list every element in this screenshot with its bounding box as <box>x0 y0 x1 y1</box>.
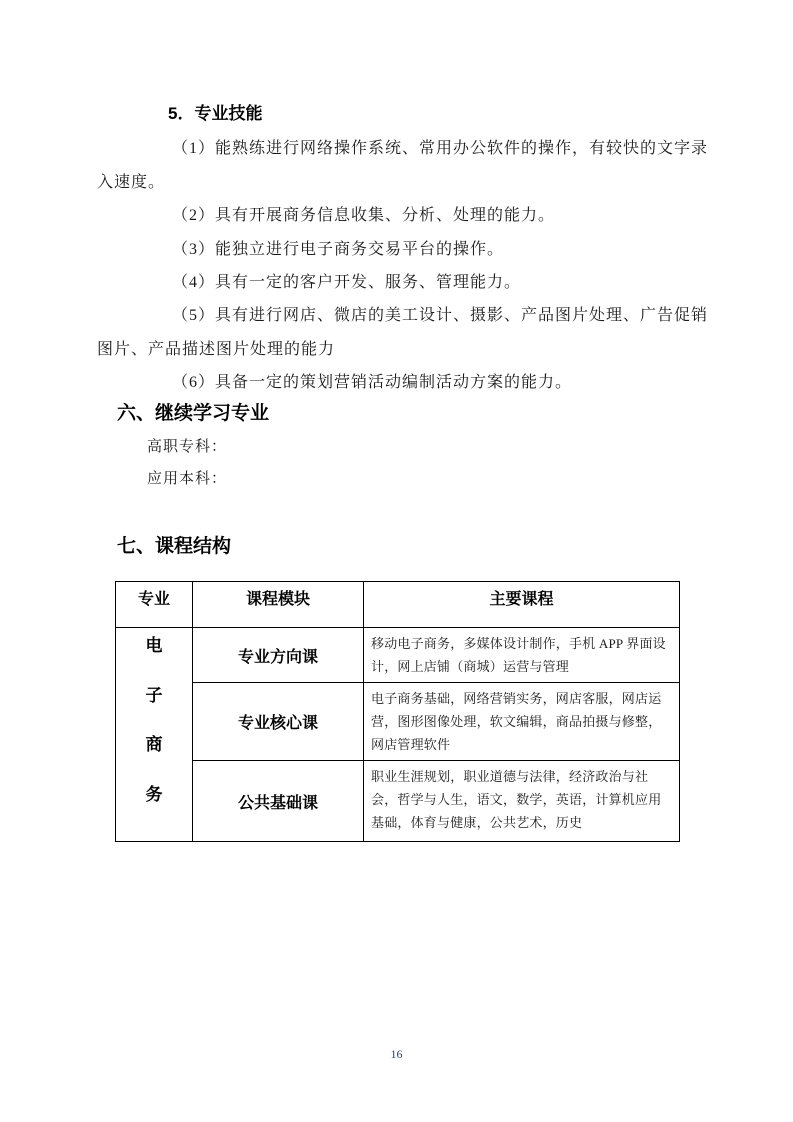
skills-line-6: （6）具备一定的策划营销活动编制活动方案的能力。 <box>172 375 572 391</box>
major-char: 商 <box>146 736 163 753</box>
section-heading-continue-study: 六、继续学习专业 <box>117 404 269 423</box>
section-heading-skills: 5．专业技能 <box>168 105 262 122</box>
continue-study-vocational-line: 高职专科： <box>147 440 227 455</box>
skills-line-2: （2）具有开展商务信息收集、分析、处理的能力。 <box>172 208 555 224</box>
table-row: 公共基础课 职业生涯规划，职业道德与法律，经济政治与社会，哲学与人生，语文，数学… <box>116 761 680 842</box>
major-char: 电 <box>146 637 163 654</box>
skills-line-5: （5）具有进行网店、微店的美工设计、摄影、产品图片处理、广告促销 <box>172 308 708 324</box>
module-cell-public-basic: 公共基础课 <box>193 761 364 842</box>
courses-cell-public-basic: 职业生涯规划，职业道德与法律，经济政治与社会，哲学与人生，语文，数学，英语，计算… <box>364 761 680 842</box>
skills-line-4: （4）具有一定的客户开发、服务、管理能力。 <box>172 275 521 291</box>
courses-cell-core: 电子商务基础，网络营销实务，网店客服，网店运营，图形图像处理，软文编辑，商品拍摄… <box>364 683 680 761</box>
module-cell-core: 专业核心课 <box>193 683 364 761</box>
document-page: 5．专业技能 （1）能熟练进行网络操作系统、常用办公软件的操作，有较快的文字录 … <box>0 0 793 1122</box>
courses-cell-direction: 移动电子商务，多媒体设计制作，手机 APP 界面设计，网上店铺（商城）运营与管理 <box>364 628 680 683</box>
header-main-courses: 主要课程 <box>364 582 680 628</box>
skills-line-1-cont: 入速度。 <box>97 175 165 191</box>
table-header-row: 专业 课程模块 主要课程 <box>116 582 680 628</box>
header-major: 专业 <box>116 582 193 628</box>
section-heading-curriculum: 七、课程结构 <box>117 537 231 556</box>
module-cell-direction: 专业方向课 <box>193 628 364 683</box>
course-structure-table: 专业 课程模块 主要课程 电 子 商 务 专业方向课 移动电子商务，多媒体设计制… <box>115 581 680 842</box>
continue-study-undergraduate-line: 应用本科： <box>147 472 227 487</box>
major-name-vertical: 电 子 商 务 <box>116 628 192 823</box>
major-name-cell: 电 子 商 务 <box>116 628 193 842</box>
skills-line-5-cont: 图片、产品描述图片处理的能力 <box>97 342 335 358</box>
skills-line-1: （1）能熟练进行网络操作系统、常用办公软件的操作，有较快的文字录 <box>172 141 708 157</box>
major-char: 子 <box>146 687 163 704</box>
table-row: 电 子 商 务 专业方向课 移动电子商务，多媒体设计制作，手机 APP 界面设计… <box>116 628 680 683</box>
page-number: 16 <box>0 1047 793 1062</box>
major-char: 务 <box>146 786 163 803</box>
skills-line-3: （3）能独立进行电子商务交易平台的操作。 <box>172 242 504 258</box>
table-row: 专业核心课 电子商务基础，网络营销实务，网店客服，网店运营，图形图像处理，软文编… <box>116 683 680 761</box>
header-module: 课程模块 <box>193 582 364 628</box>
